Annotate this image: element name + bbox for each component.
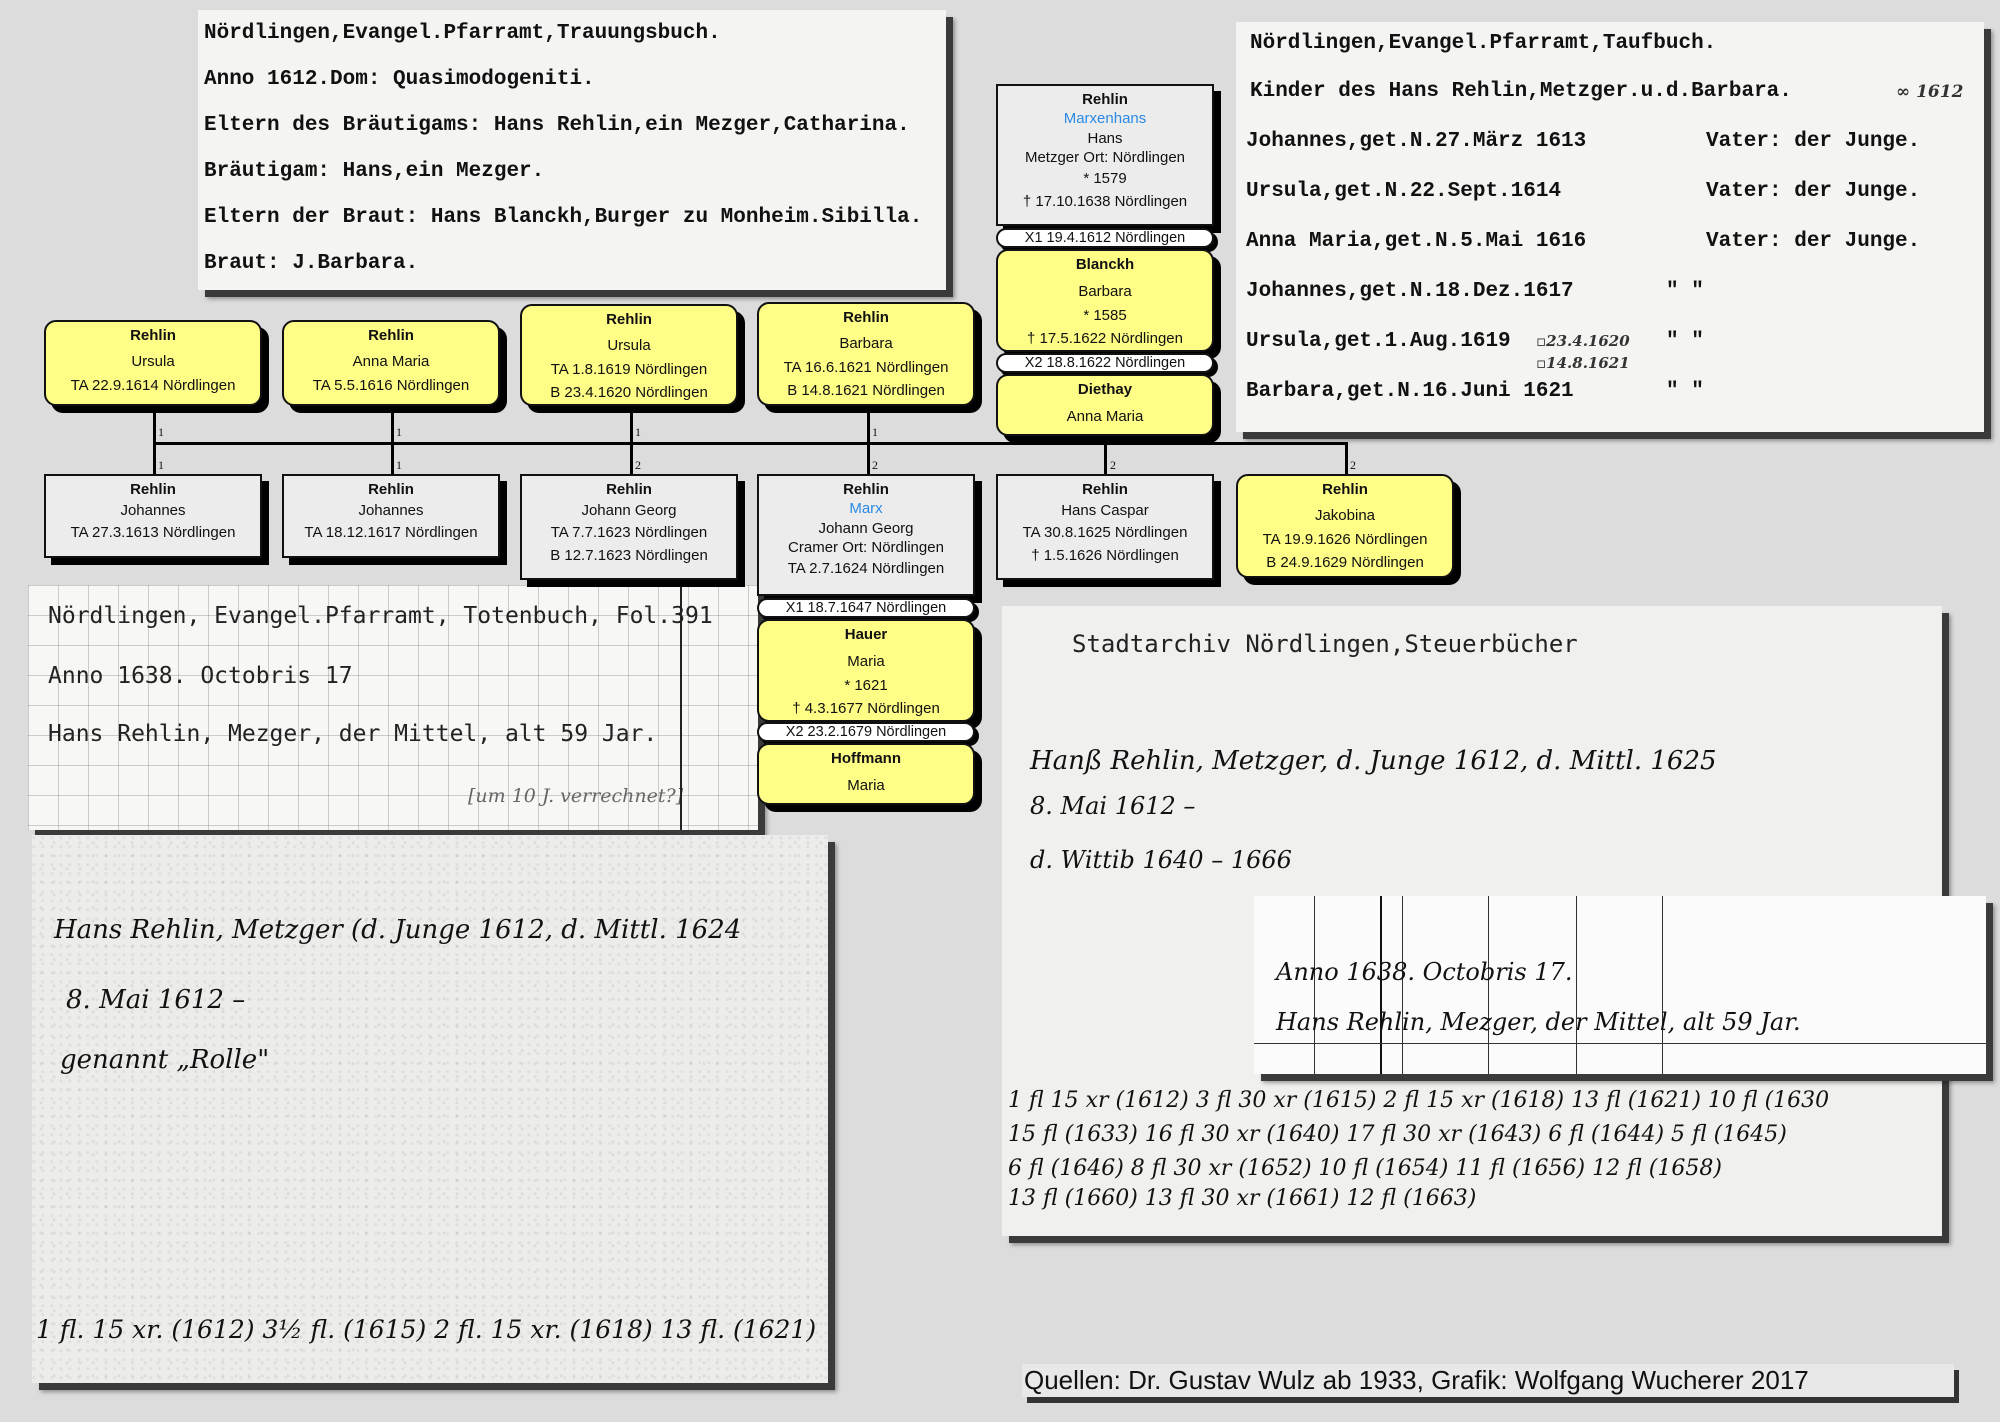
marriage-record-line: Eltern der Braut: Hans Blanckh,Burger zu…: [204, 206, 922, 229]
baptism-entry: Barbara,get.N.16.Juni 1621: [1246, 380, 1574, 403]
person-box-child[interactable]: Rehlin Johann Georg TA 7.7.1623 Nördling…: [520, 474, 738, 580]
credit-caption: Quellen: Dr. Gustav Wulz ab 1933, Grafik…: [1022, 1364, 1954, 1397]
baptism-date: TA 27.3.1613 Nördlingen: [46, 521, 260, 544]
burial-date: B 14.8.1621 Nördlingen: [759, 379, 973, 402]
connector-label: 2: [1350, 458, 1356, 473]
birth: * 1621: [759, 674, 973, 697]
person-box-child[interactable]: Rehlin Anna Maria TA 5.5.1616 Nördlingen: [282, 320, 500, 406]
surname: Rehlin: [284, 324, 498, 347]
baptism-margin-note: ∞ 1612: [1896, 82, 1963, 102]
connector-label: 2: [635, 458, 641, 473]
marriage-record-card: Nördlingen,Evangel.Pfarramt,Trauungsbuch…: [198, 10, 946, 290]
marriage-bar-son-2[interactable]: X2 23.2.1679 Nördlingen: [757, 722, 975, 742]
surname: Blanckh: [998, 253, 1212, 276]
person-box-child[interactable]: Rehlin Johannes TA 27.3.1613 Nördlingen: [44, 474, 262, 558]
person-box-son-wife1[interactable]: Hauer Maria * 1621 † 4.3.1677 Nördlingen: [757, 619, 975, 722]
surname: Rehlin: [759, 478, 973, 501]
given-name: Maria: [759, 774, 973, 797]
given-name: Barbara: [998, 280, 1212, 303]
connector-label: 2: [872, 458, 878, 473]
marriage-bar-2[interactable]: X2 18.8.1622 Nördlingen: [996, 353, 1214, 373]
given-name: Hans: [998, 128, 1212, 151]
marriage-record-line: Braut: J.Barbara.: [204, 252, 418, 275]
baptism-father: Vater: der Junge.: [1706, 230, 1920, 253]
baptism-date: TA 18.12.1617 Nördlingen: [284, 521, 498, 544]
person-box-wife2[interactable]: Diethay Anna Maria: [996, 374, 1214, 436]
handwritten-line: Hans Rehlin, Metzger (d. Junge 1612, d. …: [54, 915, 741, 945]
excerpt-line: Anno 1638. Octobris 17.: [1276, 958, 1573, 986]
baptism-burial-note: ▫23.4.1620: [1536, 332, 1630, 350]
baptism-record-title: Nördlingen,Evangel.Pfarramt,Taufbuch.: [1250, 32, 1716, 55]
connector-label: 2: [1110, 458, 1116, 473]
death: † 17.10.1638 Nördlingen: [998, 190, 1212, 213]
baptism-father: " ": [1666, 280, 1704, 303]
death-record-title: Nördlingen, Evangel.Pfarramt, Totenbuch,…: [48, 603, 713, 629]
handwritten-tax-line: 1 fl. 15 xr. (1612) 3½ fl. (1615) 2 fl. …: [36, 1315, 816, 1344]
nickname: Marxenhans: [998, 111, 1212, 128]
baptism-entry: Johannes,get.N.18.Dez.1617: [1246, 280, 1574, 303]
death-register-excerpt: Anno 1638. Octobris 17. Hans Rehlin, Mez…: [1254, 896, 1986, 1074]
tax-record-amounts: 15 fl (1633) 16 fl 30 xr (1640) 17 fl 30…: [1008, 1122, 1787, 1147]
person-box-child[interactable]: Rehlin Jakobina TA 19.9.1626 Nördlingen …: [1236, 474, 1454, 578]
connector: [630, 406, 633, 474]
marriage-record-title: Nördlingen,Evangel.Pfarramt,Trauungsbuch…: [204, 22, 721, 45]
baptism-record-card: Nördlingen,Evangel.Pfarramt,Taufbuch. Ki…: [1236, 22, 1984, 432]
tax-record-amounts: 13 fl (1660) 13 fl 30 xr (1661) 12 fl (1…: [1008, 1186, 1476, 1211]
given-name: Ursula: [46, 350, 260, 373]
occupation: Metzger Ort: Nördlingen: [998, 150, 1212, 167]
death-date: † 1.5.1626 Nördlingen: [998, 544, 1212, 567]
baptism-date: TA 2.7.1624 Nördlingen: [759, 557, 973, 580]
surname: Rehlin: [522, 308, 736, 331]
baptism-date: TA 7.7.1623 Nördlingen: [522, 521, 736, 544]
connector-label: 1: [158, 458, 164, 473]
death-record-pencil-note: [um 10 J. verrechnet?]: [468, 785, 683, 807]
margin-rule: [680, 585, 682, 830]
baptism-burial-note: ▫14.8.1621: [1536, 354, 1630, 372]
connector-label: 1: [635, 425, 641, 440]
handwritten-card: Hans Rehlin, Metzger (d. Junge 1612, d. …: [32, 835, 828, 1383]
person-box-son-wife2[interactable]: Hoffmann Maria: [757, 743, 975, 805]
handwritten-line: genannt „Rolle": [60, 1045, 269, 1075]
occupation: Cramer Ort: Nördlingen: [759, 540, 973, 557]
person-box-child[interactable]: Rehlin Ursula TA 22.9.1614 Nördlingen: [44, 320, 262, 406]
given-name: Johann Georg: [522, 501, 736, 521]
death-record-card: Nördlingen, Evangel.Pfarramt, Totenbuch,…: [28, 585, 758, 830]
connector: [1345, 442, 1348, 474]
person-box-child[interactable]: Rehlin Barbara TA 16.6.1621 Nördlingen B…: [757, 302, 975, 406]
given-name: Ursula: [522, 334, 736, 357]
surname: Diethay: [998, 378, 1212, 401]
baptism-date: TA 1.8.1619 Nördlingen: [522, 358, 736, 381]
birth: * 1579: [998, 167, 1212, 190]
marriage-record-line: Anno 1612.Dom: Quasimodogeniti.: [204, 68, 595, 91]
surname: Hoffmann: [759, 747, 973, 770]
person-box-wife1[interactable]: Blanckh Barbara * 1585 † 17.5.1622 Nördl…: [996, 249, 1214, 352]
connector-label: 1: [158, 425, 164, 440]
baptism-father: Vater: der Junge.: [1706, 180, 1920, 203]
tax-record-title: Stadtarchiv Nördlingen,Steuerbücher: [1072, 630, 1578, 658]
given-name: Hans Caspar: [998, 501, 1212, 521]
excerpt-line: Hans Rehlin, Mezger, der Mittel, alt 59 …: [1276, 1008, 1801, 1036]
baptism-entry: Anna Maria,get.N.5.Mai 1616: [1246, 230, 1586, 253]
surname: Rehlin: [998, 478, 1212, 501]
nickname: Marx: [759, 501, 973, 518]
given-name: Barbara: [759, 332, 973, 355]
baptism-father: " ": [1666, 380, 1704, 403]
birth: * 1585: [998, 304, 1212, 327]
connector: [867, 406, 870, 474]
baptism-father: Vater: der Junge.: [1706, 130, 1920, 153]
connector-label: 1: [396, 425, 402, 440]
death-record-line: Anno 1638. Octobris 17: [48, 663, 353, 689]
tax-record-line: 8. Mai 1612 –: [1030, 792, 1195, 820]
surname: Hauer: [759, 623, 973, 646]
connector: [153, 406, 156, 474]
baptism-date: TA 30.8.1625 Nördlingen: [998, 521, 1212, 544]
burial-date: B 12.7.1623 Nördlingen: [522, 544, 736, 567]
surname: Rehlin: [998, 88, 1212, 111]
burial-date: B 24.9.1629 Nördlingen: [1238, 551, 1452, 574]
surname: Rehlin: [759, 306, 973, 329]
death-record-line: Hans Rehlin, Mezger, der Mittel, alt 59 …: [48, 721, 657, 747]
surname: Rehlin: [46, 478, 260, 501]
marriage-bar-1[interactable]: X1 19.4.1612 Nördlingen: [996, 228, 1214, 248]
baptism-date: TA 16.6.1621 Nördlingen: [759, 356, 973, 379]
given-name: Johannes: [46, 501, 260, 521]
person-box-child[interactable]: Rehlin Ursula TA 1.8.1619 Nördlingen B 2…: [520, 304, 738, 406]
connector-label: 1: [872, 425, 878, 440]
marriage-bar-son-1[interactable]: X1 18.7.1647 Nördlingen: [757, 598, 975, 618]
baptism-entry: Johannes,get.N.27.März 1613: [1246, 130, 1586, 153]
given-name: Johann Georg: [759, 518, 973, 541]
given-name: Anna Maria: [284, 350, 498, 373]
sibling-line: [153, 442, 1348, 445]
person-box-child[interactable]: Rehlin Hans Caspar TA 30.8.1625 Nördling…: [996, 474, 1214, 580]
person-box-child[interactable]: Rehlin Johannes TA 18.12.1617 Nördlingen: [282, 474, 500, 558]
surname: Rehlin: [46, 324, 260, 347]
tax-record-line: d. Wittib 1640 – 1666: [1030, 846, 1292, 874]
tax-record-amounts: 1 fl 15 xr (1612) 3 fl 30 xr (1615) 2 fl…: [1008, 1088, 1829, 1113]
surname: Rehlin: [1238, 478, 1452, 501]
baptism-entry: Ursula,get.N.22.Sept.1614: [1246, 180, 1561, 203]
tax-record-line: Hanß Rehlin, Metzger, d. Junge 1612, d. …: [1030, 746, 1717, 776]
baptism-entry: Ursula,get.1.Aug.1619: [1246, 330, 1511, 353]
marriage-record-line: Eltern des Bräutigams: Hans Rehlin,ein M…: [204, 114, 910, 137]
baptism-record-subtitle: Kinder des Hans Rehlin,Metzger.u.d.Barba…: [1250, 80, 1792, 103]
baptism-date: TA 19.9.1626 Nördlingen: [1238, 528, 1452, 551]
connector: [1104, 442, 1107, 474]
tax-record-amounts: 6 fl (1646) 8 fl 30 xr (1652) 10 fl (165…: [1008, 1156, 1722, 1181]
burial-date: B 23.4.1620 Nördlingen: [522, 381, 736, 404]
baptism-date: TA 5.5.1616 Nördlingen: [284, 374, 498, 397]
given-name: Anna Maria: [998, 405, 1212, 428]
connector-label: 1: [396, 458, 402, 473]
given-name: Johannes: [284, 501, 498, 521]
surname: Rehlin: [522, 478, 736, 501]
person-box-father[interactable]: Rehlin Marxenhans Hans Metzger Ort: Nörd…: [996, 84, 1214, 226]
given-name: Jakobina: [1238, 504, 1452, 527]
marriage-record-line: Bräutigam: Hans,ein Mezger.: [204, 160, 544, 183]
handwritten-line: 8. Mai 1612 –: [66, 985, 245, 1015]
baptism-date: TA 22.9.1614 Nördlingen: [46, 374, 260, 397]
person-box-child-marx[interactable]: Rehlin Marx Johann Georg Cramer Ort: Nör…: [757, 474, 975, 596]
given-name: Maria: [759, 650, 973, 673]
surname: Rehlin: [284, 478, 498, 501]
death: † 4.3.1677 Nördlingen: [759, 697, 973, 720]
baptism-father: " ": [1666, 330, 1704, 353]
connector: [391, 406, 394, 474]
death: † 17.5.1622 Nördlingen: [998, 327, 1212, 350]
